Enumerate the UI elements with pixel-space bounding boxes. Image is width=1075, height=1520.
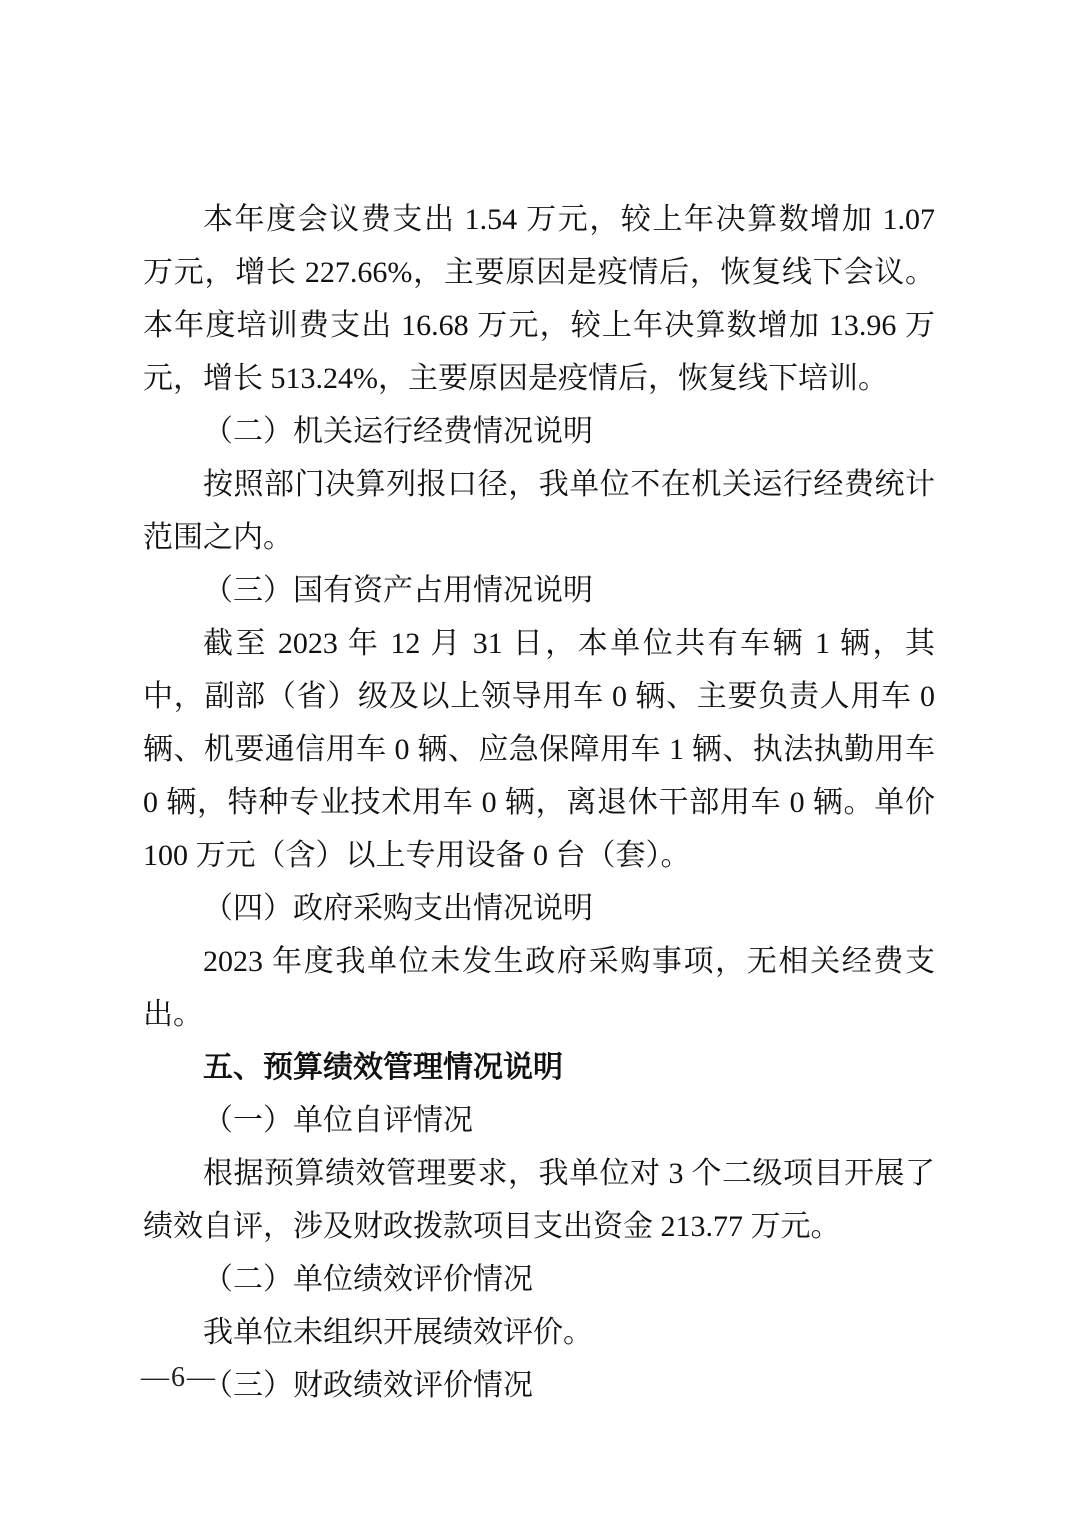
paragraph-vehicle-and-equipment-detail: 截至 2023 年 12 月 31 日，本单位共有车辆 1 辆，其中，副部（省）…	[143, 617, 935, 882]
heading-chapter-5-budget-performance: 五、预算绩效管理情况说明	[143, 1041, 935, 1094]
heading-section-4-government-procurement: （四）政府采购支出情况说明	[143, 882, 935, 935]
page-footer: —6—	[141, 1362, 217, 1394]
paragraph-government-procurement: 2023 年度我单位未发生政府采购事项，无相关经费支出。	[143, 935, 935, 1041]
paragraph-unit-performance-evaluation: 我单位未组织开展绩效评价。	[143, 1306, 935, 1359]
heading-section-1-self-evaluation: （一）单位自评情况	[143, 1094, 935, 1147]
heading-section-3-fiscal-performance-evaluation: （三）财政绩效评价情况	[143, 1359, 935, 1412]
document-page: 本年度会议费支出 1.54 万元，较上年决算数增加 1.07 万元，增长 227…	[0, 0, 1075, 1520]
heading-section-2-unit-performance-evaluation: （二）单位绩效评价情况	[143, 1253, 935, 1306]
page-number: —6—	[141, 1362, 217, 1393]
document-body: 本年度会议费支出 1.54 万元，较上年决算数增加 1.07 万元，增长 227…	[143, 193, 935, 1412]
paragraph-agency-operating-expense: 按照部门决算列报口径，我单位不在机关运行经费统计范围之内。	[143, 458, 935, 564]
heading-section-2-agency-operating-expense: （二）机关运行经费情况说明	[143, 405, 935, 458]
paragraph-self-evaluation: 根据预算绩效管理要求，我单位对 3 个二级项目开展了绩效自评，涉及财政拨款项目支…	[143, 1147, 935, 1253]
heading-section-3-state-asset-occupancy: （三）国有资产占用情况说明	[143, 564, 935, 617]
paragraph-meeting-training-expense: 本年度会议费支出 1.54 万元，较上年决算数增加 1.07 万元，增长 227…	[143, 193, 935, 405]
